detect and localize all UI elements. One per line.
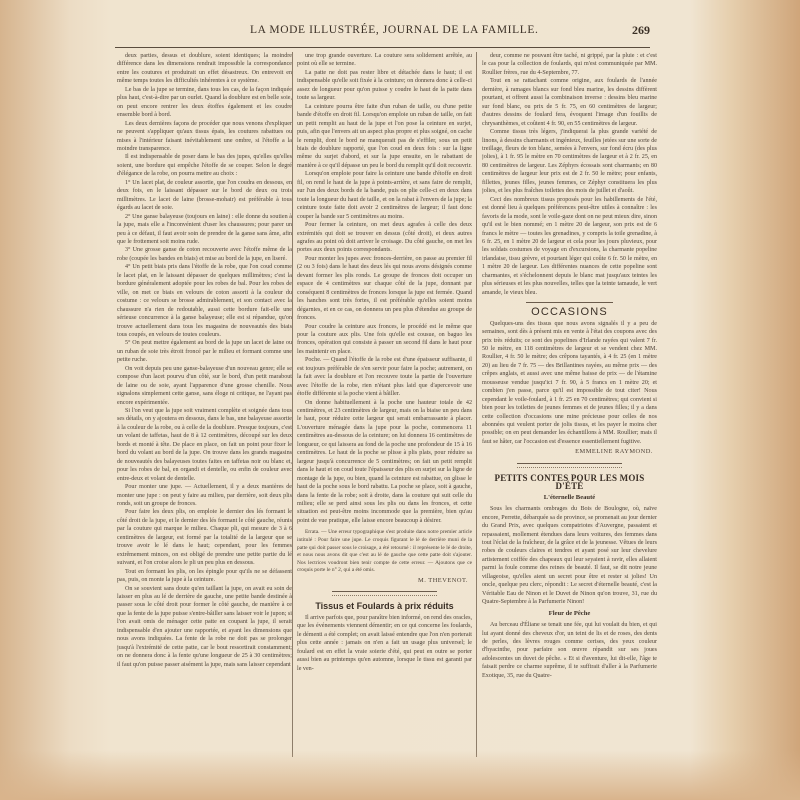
column-divider xyxy=(476,52,477,757)
section-title-tissus: Tissus et Foulards à prix réduits xyxy=(297,602,472,610)
paragraph: deur, comme ne pouvant être taché, ni gr… xyxy=(482,52,657,77)
paragraph: Ceci des nombreux tissus proposés pour l… xyxy=(482,196,657,297)
paragraph: Pour faire les deux plis, on emploie le … xyxy=(117,508,292,567)
paragraph: Sous les charmants ombrages du Bois de B… xyxy=(482,505,657,606)
column-2: une trop grande ouverture. La couture se… xyxy=(297,52,472,757)
section-title-petits-contes: PETITS CONTES POUR LES MOIS D'ÉTÉ xyxy=(482,474,657,491)
journal-title: LA MODE ILLUSTRÉE, JOURNAL DE LA FAMILLE… xyxy=(250,24,538,36)
paragraph: 2° Une ganse balayeuse (toujours en lain… xyxy=(117,213,292,247)
page-header: LA MODE ILLUSTRÉE, JOURNAL DE LA FAMILLE… xyxy=(115,20,650,42)
story-title: L'éternelle Beauté xyxy=(482,494,657,502)
paragraph: Pour coudre la ceinture aux fronces, le … xyxy=(297,323,472,357)
paragraph: Le bas de la jupe se termine, dans tous … xyxy=(117,86,292,120)
paragraph: deux parties, dessus et doublure, soient… xyxy=(117,52,292,86)
newspaper-page: LA MODE ILLUSTRÉE, JOURNAL DE LA FAMILLE… xyxy=(0,0,800,800)
paragraph: 5° On peut mettre également au bord de l… xyxy=(117,339,292,364)
paragraph: 3° Une grosse ganse de coton recouverte … xyxy=(117,246,292,263)
column-3: deur, comme ne pouvant être taché, ni gr… xyxy=(482,52,657,757)
paragraph: Tout en formant les plis, on les épingle… xyxy=(117,568,292,585)
paragraph: On se souvient sans doute qu'en taillant… xyxy=(117,585,292,670)
paragraph: Pour fermer la ceinture, on met deux agr… xyxy=(297,221,472,255)
paragraph: Les deux dernières façons de procéder qu… xyxy=(117,120,292,154)
paragraph: Pour monter les jupes avec fronces-derri… xyxy=(297,255,472,323)
paragraph: Comme tissus très légers, j'indiquerai l… xyxy=(482,128,657,196)
column-1: deux parties, dessus et doublure, soient… xyxy=(117,52,292,757)
paragraph: 4° Un petit biais pris dans l'étoffe de … xyxy=(117,263,292,339)
page-number: 269 xyxy=(632,23,650,38)
paragraph: Poche. — Quand l'étoffe de la robe est d… xyxy=(297,356,472,398)
paragraph: Tout en se rattachant comme origine, aux… xyxy=(482,77,657,128)
paragraph: Si l'on veut que la jupe soit vraiment c… xyxy=(117,407,292,483)
paragraph: Quelques-uns des tissus que nous avons s… xyxy=(482,320,657,447)
paragraph: 1° Un lacet plat, de couleur assortie, q… xyxy=(117,179,292,213)
section-title-occasions: OCCASIONS xyxy=(482,308,657,316)
paragraph: Au berceau d'Éliane se tenait une fée, q… xyxy=(482,621,657,680)
section-divider xyxy=(526,302,614,303)
paragraph: une trop grande ouverture. La couture se… xyxy=(297,52,472,69)
paragraph: On donne habituellement à la poche une h… xyxy=(297,399,472,526)
author-signature: EMMELINE RAYMOND. xyxy=(482,448,653,456)
errata-note: Errata. — Une erreur typographique s'est… xyxy=(297,529,472,575)
paragraph: Il est indispensable de poser dans le ba… xyxy=(117,153,292,178)
section-ornament xyxy=(517,463,622,468)
column-divider xyxy=(292,52,293,757)
paragraph: Pour monter une jupe. — Actuellement, il… xyxy=(117,483,292,508)
paragraph: Il arrive parfois que, pour paraître bie… xyxy=(297,614,472,673)
section-ornament xyxy=(332,591,437,596)
paragraph: Lorsqu'on emploie pour faire la ceinture… xyxy=(297,170,472,221)
header-rule xyxy=(115,47,650,48)
paragraph: La patte ne doit pas rester libre et dét… xyxy=(297,69,472,103)
paragraph: On voit depuis peu une ganse-balayeuse d… xyxy=(117,365,292,407)
author-signature: M. THEVENOT. xyxy=(297,577,468,585)
paragraph: La ceinture pourra être faite d'un ruban… xyxy=(297,103,472,171)
story-title: Fleur de Pêche xyxy=(482,610,657,618)
